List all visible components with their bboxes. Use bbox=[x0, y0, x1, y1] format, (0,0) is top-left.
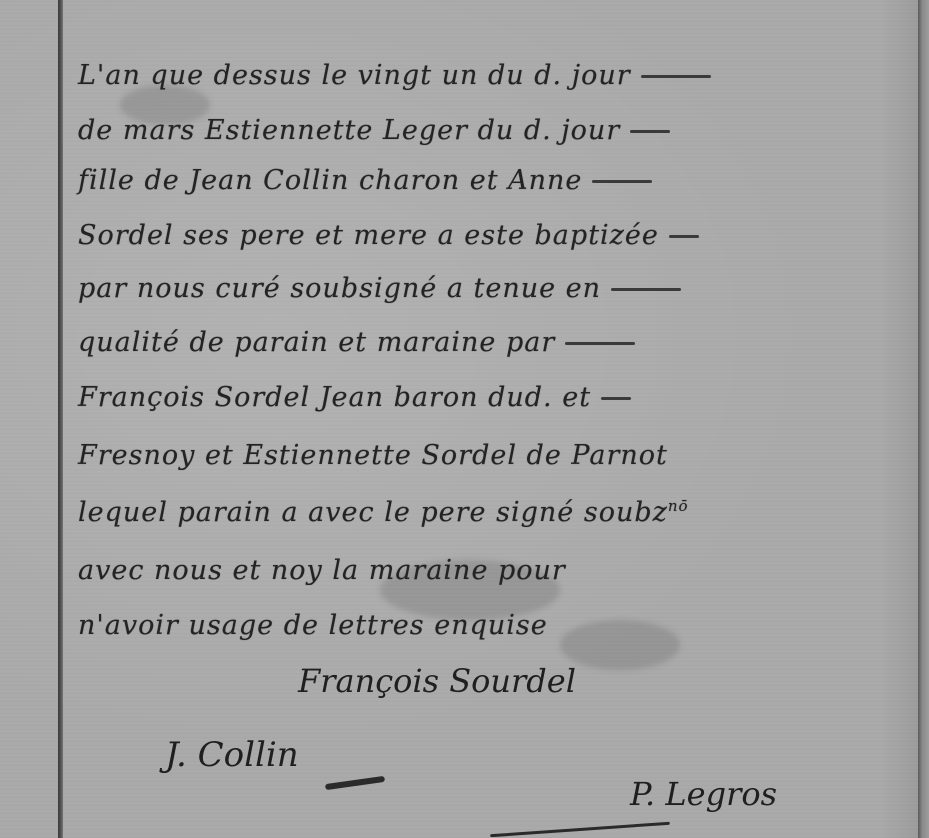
line-text: qualité de parain et maraine par bbox=[78, 327, 555, 358]
line-text: avec nous et noy la maraine pour bbox=[78, 555, 566, 586]
register-page: L'an que dessus le vingt un du d. jour d… bbox=[0, 0, 929, 838]
signature-father: J. Collin bbox=[165, 735, 299, 775]
text-line-10: avec nous et noy la maraine pour bbox=[78, 555, 566, 586]
line-text: Fresnoy et Estiennette Sordel de Parnot bbox=[78, 440, 668, 471]
text-line-11: n'avoir usage de lettres enquise bbox=[78, 610, 548, 641]
text-line-1: L'an que dessus le vingt un du d. jour bbox=[78, 60, 711, 91]
line-filler bbox=[592, 180, 652, 183]
text-line-3: fille de Jean Collin charon et Anne bbox=[78, 165, 652, 196]
line-filler bbox=[669, 235, 699, 238]
page-edge bbox=[918, 0, 929, 838]
line-filler bbox=[630, 130, 670, 133]
page-gutter-shadow bbox=[880, 0, 918, 838]
signature-godfather: François Sourdel bbox=[298, 662, 576, 700]
text-line-8: Fresnoy et Estiennette Sordel de Parnot bbox=[78, 440, 668, 471]
text-line-2: de mars Estiennette Leger du d. jour bbox=[78, 115, 670, 146]
text-line-9: lequel parain a avec le pere signé soubz… bbox=[78, 497, 689, 528]
line-filler bbox=[611, 288, 681, 291]
line-filler bbox=[641, 75, 711, 78]
line-text: François Sordel Jean baron dud. et bbox=[78, 382, 591, 413]
signature-flourish bbox=[490, 822, 670, 838]
superscript-note: nō bbox=[668, 497, 689, 515]
text-line-5: par nous curé soubsigné a tenue en bbox=[78, 273, 681, 304]
text-line-4: Sordel ses pere et mere a este baptizée bbox=[78, 220, 699, 251]
line-text: Sordel ses pere et mere a este baptizée bbox=[78, 220, 659, 251]
line-text: lequel parain a avec le pere signé soubz bbox=[78, 497, 668, 528]
ink-stain bbox=[560, 620, 680, 670]
line-filler bbox=[565, 342, 635, 345]
line-text: L'an que dessus le vingt un du d. jour bbox=[78, 60, 631, 91]
text-line-6: qualité de parain et maraine par bbox=[78, 327, 635, 358]
signature-flourish bbox=[325, 776, 385, 790]
margin-rule bbox=[58, 0, 63, 838]
line-text: par nous curé soubsigné a tenue en bbox=[78, 273, 601, 304]
signature-curate: P. Legros bbox=[630, 775, 777, 813]
text-line-7: François Sordel Jean baron dud. et bbox=[78, 382, 631, 413]
line-text: n'avoir usage de lettres enquise bbox=[78, 610, 548, 641]
line-text: fille de Jean Collin charon et Anne bbox=[78, 165, 582, 196]
line-filler bbox=[601, 397, 631, 400]
line-text: de mars Estiennette Leger du d. jour bbox=[78, 115, 620, 146]
